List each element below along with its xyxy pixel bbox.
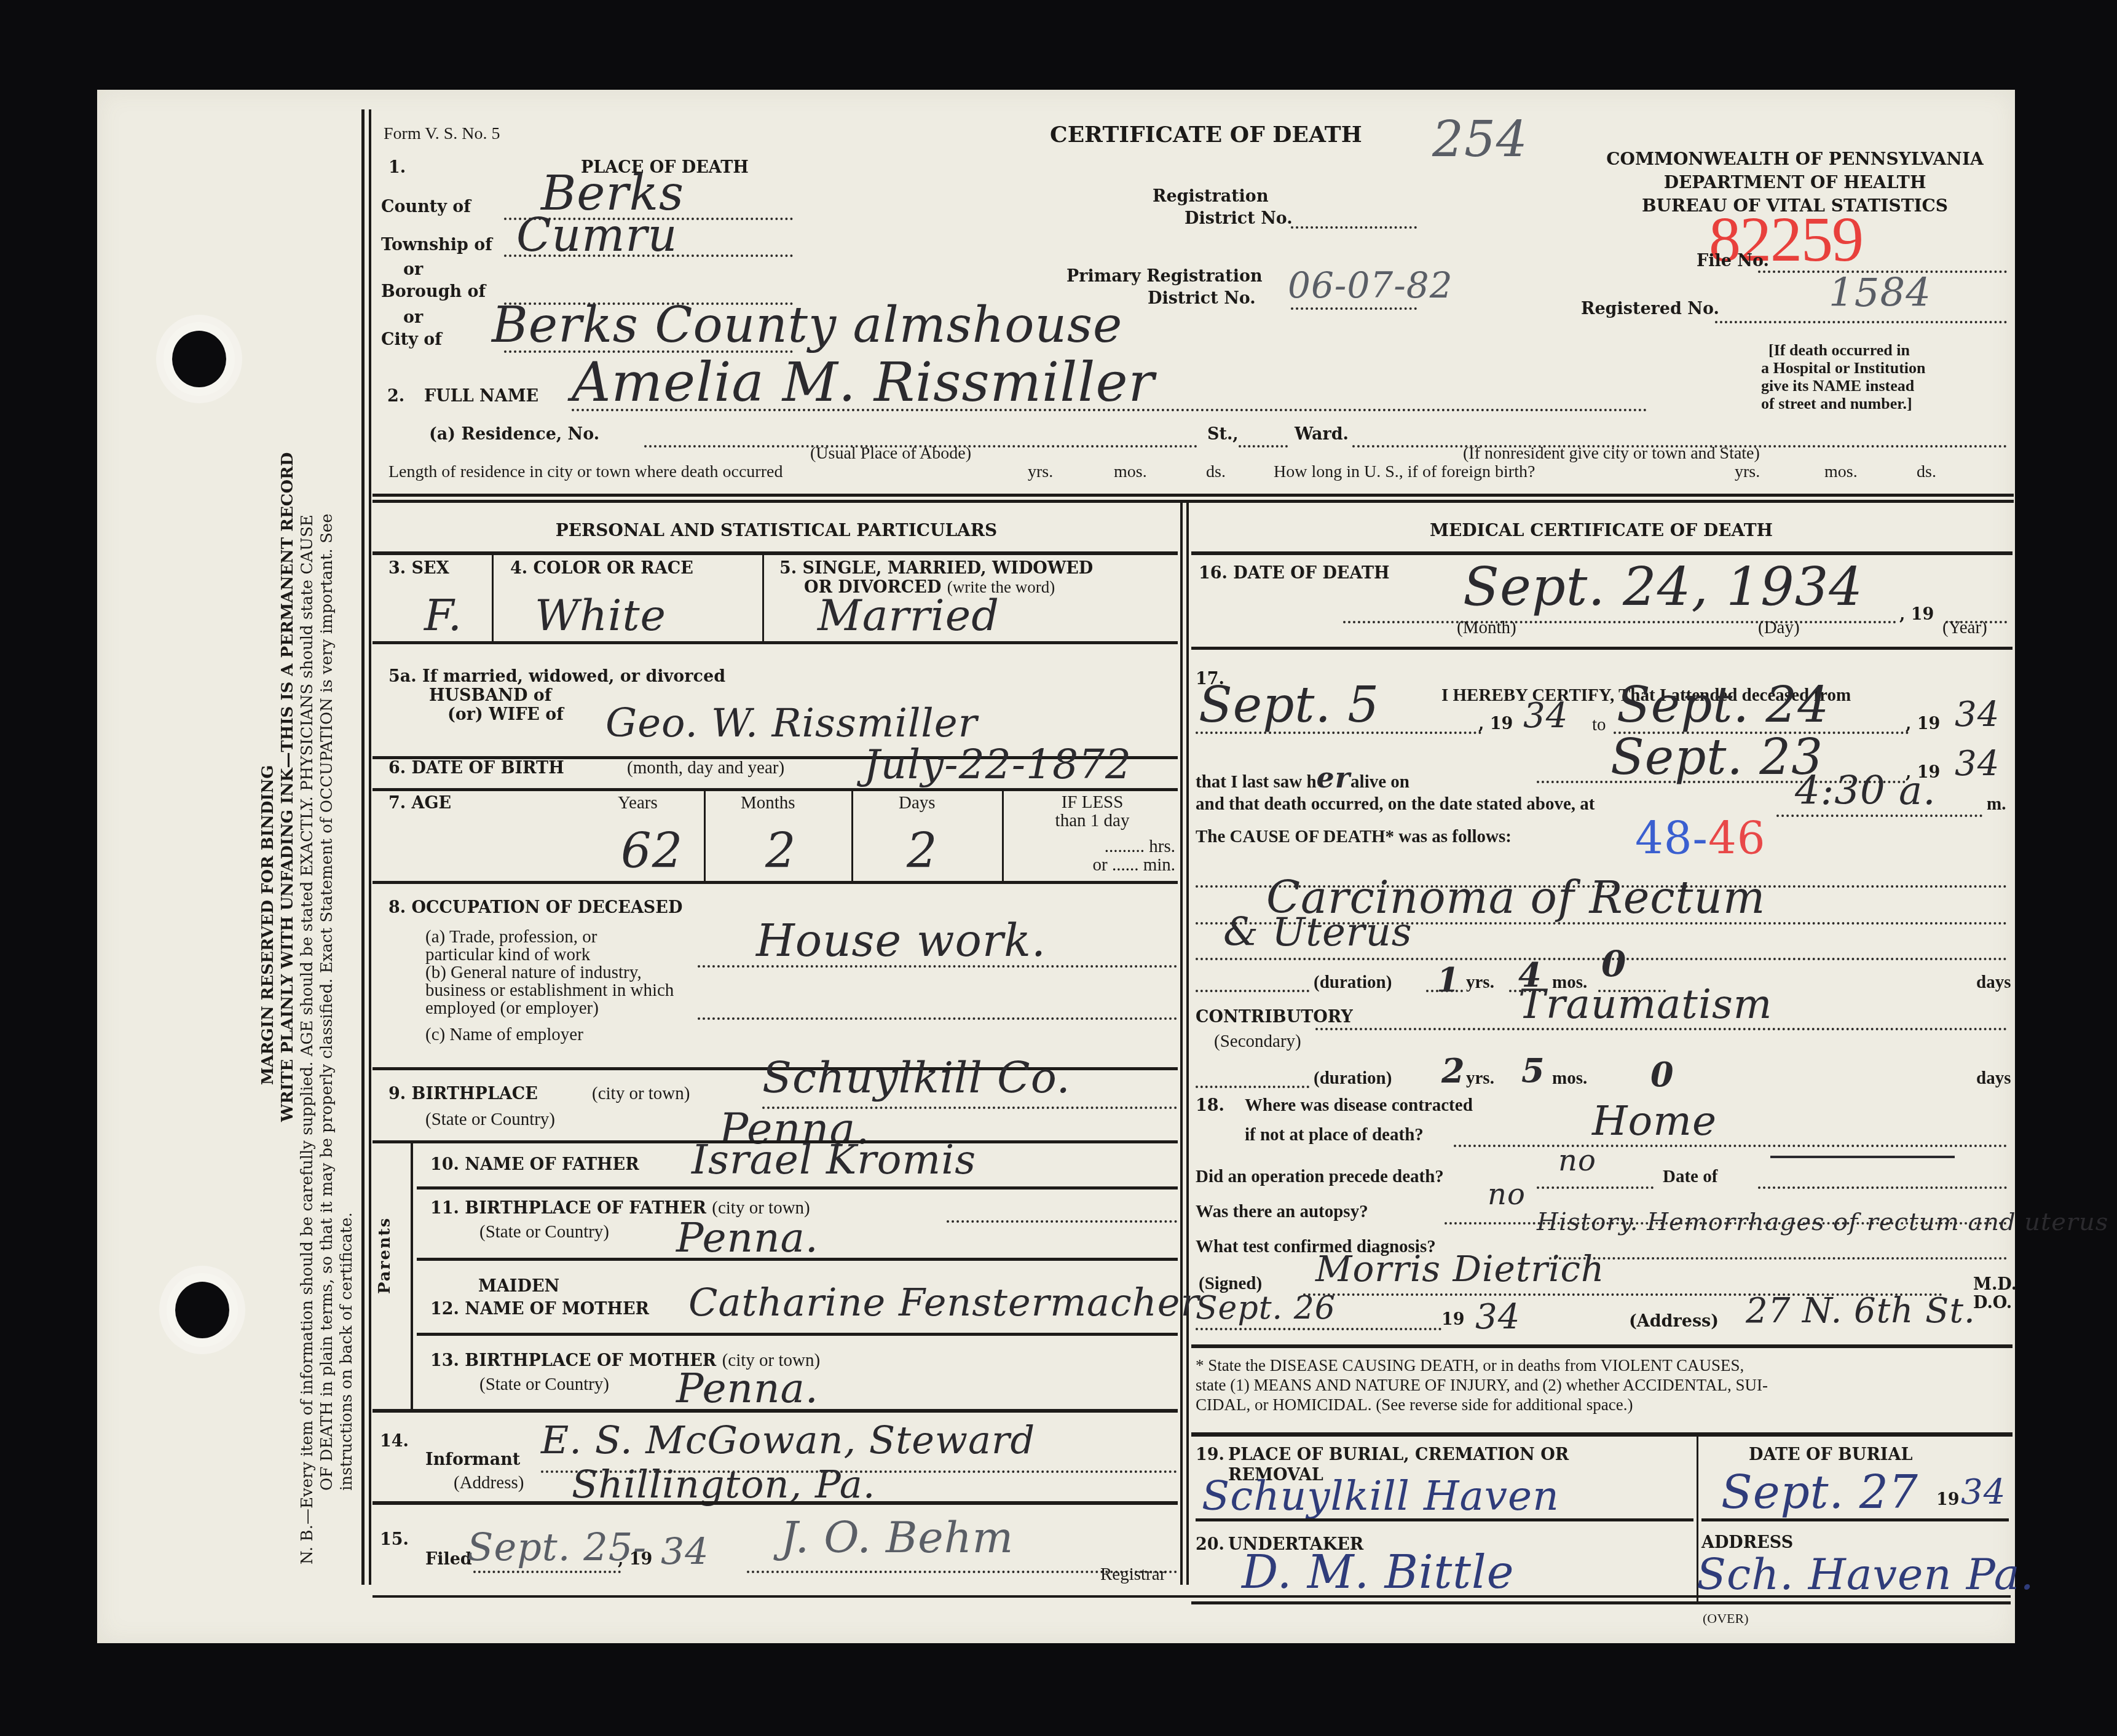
frame-left-inner	[369, 109, 371, 1585]
contrib-duration-yrs: 2	[1441, 1051, 1465, 1091]
contrib-duration-label: (duration)	[1314, 1068, 1392, 1089]
occupation-b-line1: (b) General nature of industry,	[425, 964, 674, 982]
marital-value: Married	[818, 590, 999, 641]
burial-place-value: Schuylkill Haven	[1202, 1472, 1559, 1520]
rule-double-bottom	[373, 500, 2014, 503]
cause-code: 48-46	[1635, 813, 1766, 864]
registrar-label: Registrar	[1100, 1564, 1165, 1585]
burial-num: 19.	[1196, 1446, 1224, 1464]
contracted-value: Home	[1592, 1097, 1717, 1145]
death-time-label: and that death occurred, on the date sta…	[1196, 794, 1595, 815]
md-label: M.D.	[1973, 1276, 2017, 1294]
test-value: History. Hemorrhages of rectum and uteru…	[1537, 1208, 2108, 1236]
length-ds: ds.	[1206, 462, 1226, 482]
hospital-note-line3: give its NAME instead	[1761, 377, 1926, 395]
rule-section-right	[1191, 551, 2013, 555]
year-caption: (Year)	[1942, 618, 1987, 638]
county-label: County of	[381, 198, 471, 216]
length-mos: mos.	[1114, 462, 1147, 482]
attended-from-year: 34	[1523, 696, 1568, 736]
full-name-value: Amelia M. Rissmiller	[572, 350, 1155, 414]
death-time-value: 4:30 a.	[1795, 768, 1936, 814]
residence-st-field	[1239, 439, 1288, 448]
age-months-divider	[851, 790, 853, 881]
rule-double-top	[373, 494, 2014, 497]
occupation-b-line3: employed (or employer)	[425, 1000, 674, 1017]
do-label: D.O.	[1973, 1294, 2012, 1312]
sex-race-divider	[492, 555, 494, 641]
father-label: 10. NAME OF FATHER	[430, 1156, 639, 1174]
margin-instructions: MARGIN RESERVED FOR BINDING WRITE PLAINL…	[258, 120, 357, 1564]
contracted-label-1: Where was disease contracted	[1245, 1095, 1473, 1116]
father-birthplace-state-value: Penna.	[676, 1214, 819, 1261]
father-birthplace-state-label: (State or Country)	[479, 1222, 609, 1242]
city-label: City of	[381, 331, 442, 349]
place-of-death-num: 1.	[388, 159, 406, 177]
occupation-c: (c) Name of employer	[425, 1026, 674, 1044]
rule-after-age	[373, 881, 1178, 884]
city-value: Berks County almshouse	[492, 296, 1122, 353]
last-saw-pronoun: er	[1317, 761, 1351, 794]
signed-year-value: 34	[1475, 1297, 1520, 1337]
hospital-note-line2: a Hospital or Institution	[1761, 359, 1926, 377]
rule-after-burial-left	[1196, 1518, 1693, 1521]
contrib-duration-mos: 5	[1521, 1051, 1545, 1091]
filed-num: 15.	[380, 1531, 409, 1549]
cause-line2-value: & Uterus	[1223, 910, 1413, 955]
father-birthplace-city-field	[947, 1214, 1177, 1223]
race-value: White	[535, 590, 666, 641]
dob-note: (month, day and year)	[627, 758, 784, 778]
or-label-2: or	[403, 309, 423, 327]
informant-num: 14.	[380, 1432, 409, 1451]
race-label: 4. COLOR OR RACE	[510, 559, 693, 578]
cause-duration-lead	[1196, 984, 1309, 992]
age-days-label: Days	[899, 793, 936, 813]
contrib-duration-lead	[1196, 1079, 1309, 1088]
age-months-value: 2	[765, 824, 797, 879]
rule-after-burial-right	[1701, 1518, 2009, 1521]
contracted-field	[1454, 1138, 2007, 1147]
father-birthplace-title: 11. BIRTHPLACE OF FATHER	[430, 1199, 706, 1218]
margin-line-binding: MARGIN RESERVED FOR BINDING	[258, 120, 278, 1564]
mother-label: 12. NAME OF MOTHER	[430, 1300, 649, 1319]
cause-duration-yrs: 1	[1437, 960, 1461, 1000]
foreign-mos: mos.	[1824, 462, 1858, 482]
burial-date-value: Sept. 27	[1721, 1466, 1918, 1519]
age-less-line2: than 1 day	[1003, 811, 1181, 830]
cause-label: The CAUSE OF DEATH* was as follows:	[1196, 827, 1512, 847]
cause-duration-days: 0	[1601, 943, 1626, 985]
contracted-label-2: if not at place of death?	[1245, 1125, 1424, 1145]
rule-after-dob	[373, 788, 1178, 791]
sex-value: F.	[424, 590, 462, 641]
hospital-note: [If death occurred in a Hospital or Inst…	[1761, 341, 1926, 412]
footnote: * State the DISEASE CAUSING DEATH, or in…	[1196, 1355, 1768, 1414]
death-time-suffix: m.	[1987, 794, 2006, 815]
date-of-death-label: 16. DATE OF DEATH	[1199, 564, 1390, 583]
day-caption: (Day)	[1758, 618, 1800, 638]
alive-on-text: alive on	[1350, 772, 1409, 792]
undertaker-value: D. M. Bittle	[1242, 1546, 1515, 1599]
margin-line-instructions: instructions on back of certificate.	[337, 120, 357, 1564]
attended-to-year-prefix: , 19	[1906, 715, 1940, 733]
spouse-label-line1: 5a. If married, widowed, or divorced	[388, 667, 725, 686]
birthplace-city-value: Schuylkill Co.	[762, 1052, 1071, 1103]
rule-bottom-a	[373, 1595, 2011, 1598]
age-less-line1: IF LESS	[1003, 793, 1181, 811]
ward-label: Ward.	[1295, 425, 1349, 444]
dob-label: 6. DATE OF BIRTH	[388, 759, 564, 778]
agency-department: DEPARTMENT OF HEALTH	[1580, 171, 2010, 194]
signed-year-prefix: 19	[1441, 1311, 1465, 1329]
rule-before-burial	[1191, 1432, 2013, 1437]
informant-address-value: Shillington, Pa.	[572, 1462, 876, 1507]
rule-after-father-birthplace	[417, 1258, 1178, 1261]
frame-left-outer	[361, 109, 365, 1585]
attended-from-year-prefix: , 19	[1478, 715, 1513, 733]
occupation-a: (a) Trade, profession, or particular kin…	[425, 928, 674, 1044]
personal-section-title: PERSONAL AND STATISTICAL PARTICULARS	[373, 521, 1180, 540]
handwritten-number: 254	[1432, 111, 1528, 168]
birthplace-label: 9. BIRTHPLACE	[388, 1085, 538, 1103]
last-saw-date-value: Sept. 23	[1610, 728, 1823, 786]
footnote-line1: * State the DISEASE CAUSING DEATH, or in…	[1196, 1355, 1768, 1375]
margin-line-nb: N. B.—Every item of information should b…	[298, 120, 317, 1564]
dob-value: July-22-1872	[864, 741, 1132, 788]
informant-address-label: (Address)	[454, 1473, 524, 1493]
signed-date-value: Sept. 26	[1196, 1290, 1336, 1327]
filed-year-prefix: , 19	[618, 1550, 652, 1569]
contrib-mos-label: mos.	[1552, 1068, 1587, 1089]
foreign-ds: ds.	[1917, 462, 1936, 482]
primary-registration-line1: Primary Registration	[1066, 266, 1263, 288]
full-name-label: FULL NAME	[424, 387, 538, 406]
undertaker-num: 20.	[1196, 1536, 1224, 1554]
last-saw-text: that I last saw h	[1196, 772, 1317, 792]
margin-line-write-plainly: WRITE PLAINLY WITH UNFADING INK—THIS IS …	[278, 120, 298, 1564]
registration-district-field	[1291, 220, 1417, 229]
operation-date-field	[1758, 1180, 2007, 1189]
autopsy-label: Was there an autopsy?	[1196, 1202, 1368, 1222]
punch-hole-top	[172, 331, 226, 387]
parents-bracket	[411, 1143, 413, 1412]
length-yrs: yrs.	[1028, 462, 1053, 482]
over-label: (OVER)	[1703, 1611, 1749, 1627]
attended-to-value: Sept. 24	[1617, 676, 1829, 733]
full-name-num: 2.	[387, 387, 404, 406]
township-value: Cumru	[516, 209, 677, 262]
signed-address-value: 27 N. 6th St.	[1746, 1291, 1976, 1331]
registration-label: Registration District No.	[1146, 186, 1293, 230]
undertaker-address-value: Sch. Haven Pa.	[1697, 1549, 2035, 1600]
filed-label: Filed	[425, 1550, 472, 1569]
rule-after-sex	[373, 641, 1178, 644]
abode-note: (Usual Place of Abode)	[810, 444, 971, 464]
father-value: Israel Kromis	[692, 1136, 976, 1183]
primary-district-value: 06-07-82	[1288, 264, 1453, 306]
form-number: Form V. S. No. 5	[384, 124, 500, 144]
mother-value: Catharine Fenstermacher	[688, 1280, 1199, 1325]
age-years-value: 62	[621, 824, 683, 879]
occupation-b-field	[698, 1011, 1177, 1020]
residence-st-label: St.,	[1207, 425, 1239, 444]
center-divider-a	[1180, 503, 1183, 1585]
date-of-death-value: Sept. 24, 1934	[1463, 556, 1863, 618]
residence-label: (a) Residence, No.	[429, 425, 599, 444]
age-months-label: Months	[741, 793, 795, 813]
burial-year-prefix: 19	[1936, 1491, 1960, 1509]
medical-section-title: MEDICAL CERTIFICATE OF DEATH	[1189, 521, 2014, 540]
operation-label: Did an operation precede death?	[1196, 1167, 1444, 1187]
mother-birthplace-state-value: Penna.	[676, 1365, 819, 1412]
mother-maiden-label: MAIDEN	[478, 1277, 559, 1296]
burial-date-label: DATE OF BURIAL	[1749, 1446, 1912, 1464]
length-residence-label: Length of residence in city or town wher…	[388, 462, 783, 482]
contracted-num: 18.	[1196, 1097, 1224, 1115]
burial-label-1: PLACE OF BURIAL, CREMATION OR	[1228, 1446, 1569, 1464]
marital-label-line1: 5. SINGLE, MARRIED, WIDOWED	[779, 559, 1093, 578]
margin-line-cause: OF DEATH in plain terms, so that it may …	[317, 120, 337, 1564]
borough-label: Borough of	[381, 283, 486, 301]
age-less-label: IF LESS than 1 day ......... hrs. or ...…	[1003, 793, 1181, 874]
spouse-value: Geo. W. Rissmiller	[605, 701, 977, 746]
date-of-death-year-prefix: , 19	[1899, 606, 1934, 624]
age-years-divider	[704, 790, 706, 881]
operation-value: no	[1558, 1143, 1596, 1178]
filed-year-value: 34	[661, 1531, 709, 1574]
cause-yrs-label: yrs.	[1466, 973, 1494, 993]
footnote-line2: state (1) MEANS AND NATURE OF INJURY, an…	[1196, 1375, 1768, 1395]
mother-birthplace-title: 13. BIRTHPLACE OF MOTHER	[430, 1351, 716, 1370]
foreign-birth-label: How long in U. S., if of foreign birth?	[1274, 462, 1535, 482]
to-label: to	[1592, 715, 1606, 735]
registrar-signature: J. O. Behm	[781, 1512, 1014, 1563]
registered-no-label: Registered No.	[1581, 300, 1719, 318]
informant-value: E. S. McGowan, Steward	[541, 1418, 1035, 1462]
rule-bottom-b	[1191, 1601, 2011, 1604]
contrib-yrs-label: yrs.	[1466, 1068, 1494, 1089]
parents-label: Parents	[376, 1217, 394, 1295]
contrib-duration-days: 0	[1650, 1055, 1674, 1094]
certificate-title: CERTIFICATE OF DEATH	[1050, 123, 1362, 148]
last-saw-year: 34	[1955, 744, 2000, 784]
race-marital-divider	[762, 555, 764, 641]
test-field	[1549, 1251, 2007, 1260]
secondary-label: (Secondary)	[1214, 1032, 1301, 1052]
rule-after-informant	[373, 1501, 1178, 1505]
hospital-note-line1: [If death occurred in	[1761, 341, 1926, 359]
occupation-a-line2: particular kind of work	[425, 946, 674, 964]
cause-days-label: days	[1976, 973, 2011, 993]
registration-label-line1: Registration	[1146, 186, 1293, 208]
rule-after-mother-birthplace	[373, 1409, 1178, 1413]
signed-value: Morris Dietrich	[1315, 1248, 1604, 1290]
burial-year-value: 34	[1961, 1472, 2006, 1512]
signed-address-label: (Address)	[1629, 1312, 1719, 1331]
agency-commonwealth: COMMONWEALTH OF PENNSYLVANIA	[1580, 148, 2010, 171]
cause-duration-label: (duration)	[1314, 973, 1392, 993]
rule-after-mother	[417, 1333, 1178, 1336]
cause-code-red: 46	[1708, 813, 1766, 864]
registered-no-field	[1715, 315, 2007, 323]
age-days-value: 2	[907, 824, 938, 879]
registration-label-line2: District No.	[1146, 208, 1293, 230]
birthplace-note: (city or town)	[592, 1084, 690, 1104]
footnote-line3: CIDAL, or HOMICIDAL. (See reverse side f…	[1196, 1395, 1768, 1414]
operation-field	[1537, 1180, 1654, 1189]
mother-birthplace-state-label: (State or Country)	[479, 1375, 609, 1395]
attended-to-year: 34	[1955, 695, 2000, 735]
rule-after-dod	[1191, 647, 2013, 650]
age-years-label: Years	[618, 793, 658, 813]
informant-label: Informant	[425, 1451, 520, 1469]
operation-date-dash	[1770, 1156, 1955, 1158]
age-min: or ...... min.	[1003, 856, 1181, 874]
occupation-b-line2: business or establishment in which	[425, 982, 674, 1000]
registered-no-value: 1584	[1829, 270, 1931, 316]
attended-from-value: Sept. 5	[1199, 676, 1379, 733]
or-label-1: or	[403, 261, 423, 279]
punch-hole-bottom	[175, 1282, 229, 1338]
autopsy-value: no	[1488, 1177, 1526, 1212]
hospital-note-line4: of street and number.]	[1761, 395, 1926, 412]
contrib-days-label: days	[1976, 1068, 2011, 1089]
birthplace-state-label: (State or Country)	[425, 1110, 555, 1130]
contributory-value: Traumatism	[1518, 980, 1772, 1028]
nonresident-note: (If nonresident give city or town and St…	[1463, 444, 1760, 464]
township-label: Township of	[381, 236, 492, 254]
cause-code-blue: 48-	[1635, 813, 1708, 864]
age-label: 7. AGE	[388, 794, 451, 813]
occupation-a-value: House work.	[756, 915, 1046, 966]
center-divider-b	[1186, 503, 1189, 1585]
age-hrs: ......... hrs.	[1003, 837, 1181, 856]
occupation-a-line1: (a) Trade, profession, or	[425, 928, 674, 946]
rule-after-signature	[1191, 1344, 2013, 1348]
month-caption: (Month)	[1457, 618, 1516, 638]
operation-date-label: Date of	[1663, 1167, 1717, 1187]
sex-label: 3. SEX	[388, 559, 449, 578]
foreign-yrs: yrs.	[1735, 462, 1760, 482]
rule-after-father	[417, 1186, 1178, 1190]
occupation-label: 8. OCCUPATION OF DECEASED	[388, 899, 682, 917]
last-saw-label: that I last saw heralive on	[1196, 761, 1409, 794]
